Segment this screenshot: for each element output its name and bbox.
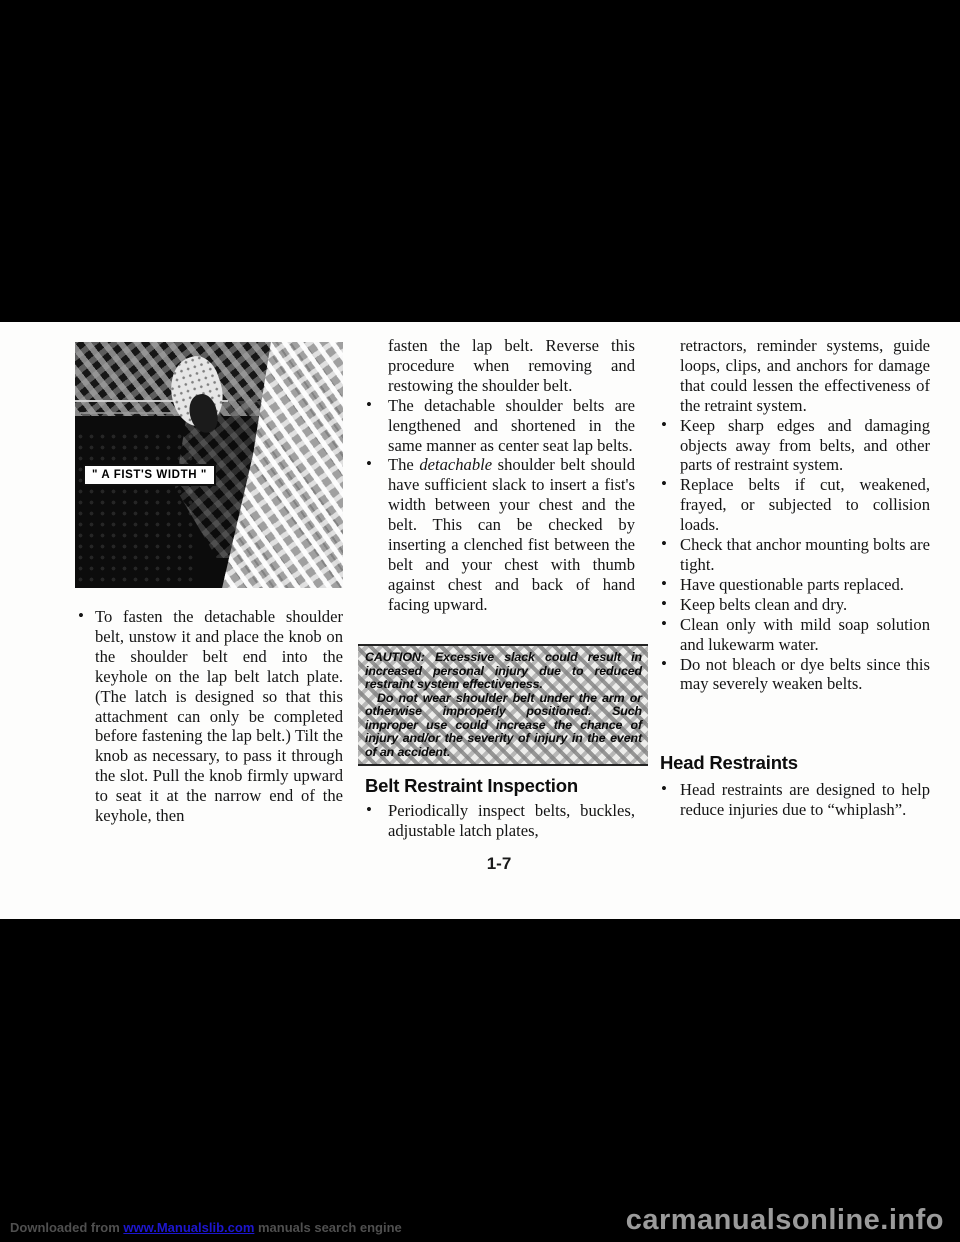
left-column-text: • To fasten the detachable shoulder belt… [75, 607, 343, 826]
emphasized-word: detachable [419, 455, 492, 474]
list-item-text: Replace belts if cut, weakened, frayed, … [680, 475, 930, 534]
list-item-text: The [388, 455, 419, 474]
right-column-text: retractors, reminder systems, guide loop… [658, 336, 930, 752]
list-item: • Have questionable parts replaced. [658, 575, 930, 595]
page-number: 1-7 [363, 854, 635, 874]
list-item-text: Do not bleach or dye belts since this ma… [680, 655, 930, 694]
list-item: • Replace belts if cut, weakened, frayed… [658, 475, 930, 535]
list-item-text: Check that anchor mounting bolts are tig… [680, 535, 930, 574]
column-left: " A FIST'S WIDTH " • To fasten the detac… [75, 322, 343, 826]
manual-page-scan: " A FIST'S WIDTH " • To fasten the detac… [0, 322, 960, 919]
bullet-marker: • [661, 415, 667, 435]
list-item-text: Keep sharp edges and damaging objects aw… [680, 416, 930, 475]
list-item: • Do not bleach or dye belts since this … [658, 655, 930, 695]
caution-box: CAUTION: Excessive slack could result in… [358, 644, 648, 766]
seatbelt-demo-photo: " A FIST'S WIDTH " [75, 342, 343, 588]
list-item: • The detachable shoulder belts are leng… [363, 396, 635, 456]
bullet-marker: • [661, 534, 667, 554]
site-watermark: carmanualsonline.info [626, 1204, 944, 1237]
bullet-marker: • [661, 654, 667, 674]
downloaded-prefix: Downloaded from [10, 1220, 123, 1235]
list-item-text: To fasten the detachable shoulder belt, … [95, 607, 343, 825]
list-item: • To fasten the detachable shoulder belt… [75, 607, 343, 826]
section-heading-belt-restraint-inspection: Belt Restraint Inspection [363, 775, 635, 797]
list-item: • Keep belts clean and dry. [658, 595, 930, 615]
list-item-text: Clean only with mild soap solution and l… [680, 615, 930, 654]
bullet-marker: • [366, 800, 372, 820]
photo-texture-shadow-dots [75, 431, 193, 588]
bullet-marker: • [366, 395, 372, 415]
column-right: retractors, reminder systems, guide loop… [658, 322, 930, 820]
list-item: • Head restraints are designed to help r… [658, 780, 930, 820]
list-item-text: Have questionable parts replaced. [680, 575, 904, 594]
caution-paragraph: Do not wear shoulder belt under the arm … [365, 692, 642, 760]
list-item: • Keep sharp edges and damaging objects … [658, 416, 930, 476]
column-middle: fasten the lap belt. Reverse this proced… [363, 322, 635, 841]
paragraph-continuation: retractors, reminder systems, guide loop… [658, 336, 930, 416]
bullet-marker: • [661, 614, 667, 634]
bullet-marker: • [661, 594, 667, 614]
list-item: • Clean only with mild soap solution and… [658, 615, 930, 655]
bullet-marker: • [661, 779, 667, 799]
bullet-marker: • [366, 454, 372, 474]
photo-caption-label: " A FIST'S WIDTH " [83, 464, 216, 486]
list-item-text: The detachable shoulder belts are length… [388, 396, 635, 455]
bullet-marker: • [661, 474, 667, 494]
list-item: • Periodically inspect belts, buckles, a… [363, 801, 635, 841]
manualslib-link[interactable]: www.Manualslib.com [123, 1220, 254, 1235]
list-item-text: Keep belts clean and dry. [680, 595, 847, 614]
bullet-marker: • [661, 574, 667, 594]
bullet-marker: • [78, 606, 84, 626]
paragraph-continuation: fasten the lap belt. Reverse this proced… [363, 336, 635, 396]
caution-paragraph: CAUTION: Excessive slack could result in… [365, 651, 642, 692]
list-item-text: shoulder belt should have sufficient sla… [388, 455, 635, 613]
list-item: • Check that anchor mounting bolts are t… [658, 535, 930, 575]
caution-label: CAUTION: [365, 650, 425, 664]
list-item-text: Head restraints are designed to help red… [680, 780, 930, 819]
section-heading-head-restraints: Head Restraints [658, 752, 930, 774]
list-item-text: Periodically inspect belts, buckles, adj… [388, 801, 635, 840]
middle-column-text: fasten the lap belt. Reverse this proced… [363, 336, 635, 644]
screen: " A FIST'S WIDTH " • To fasten the detac… [0, 0, 960, 1242]
downloaded-suffix: manuals search engine [254, 1220, 401, 1235]
list-item: • The detachable shoulder belt should ha… [363, 455, 635, 614]
downloaded-from-watermark: Downloaded from www.Manualslib.com manua… [10, 1220, 402, 1235]
